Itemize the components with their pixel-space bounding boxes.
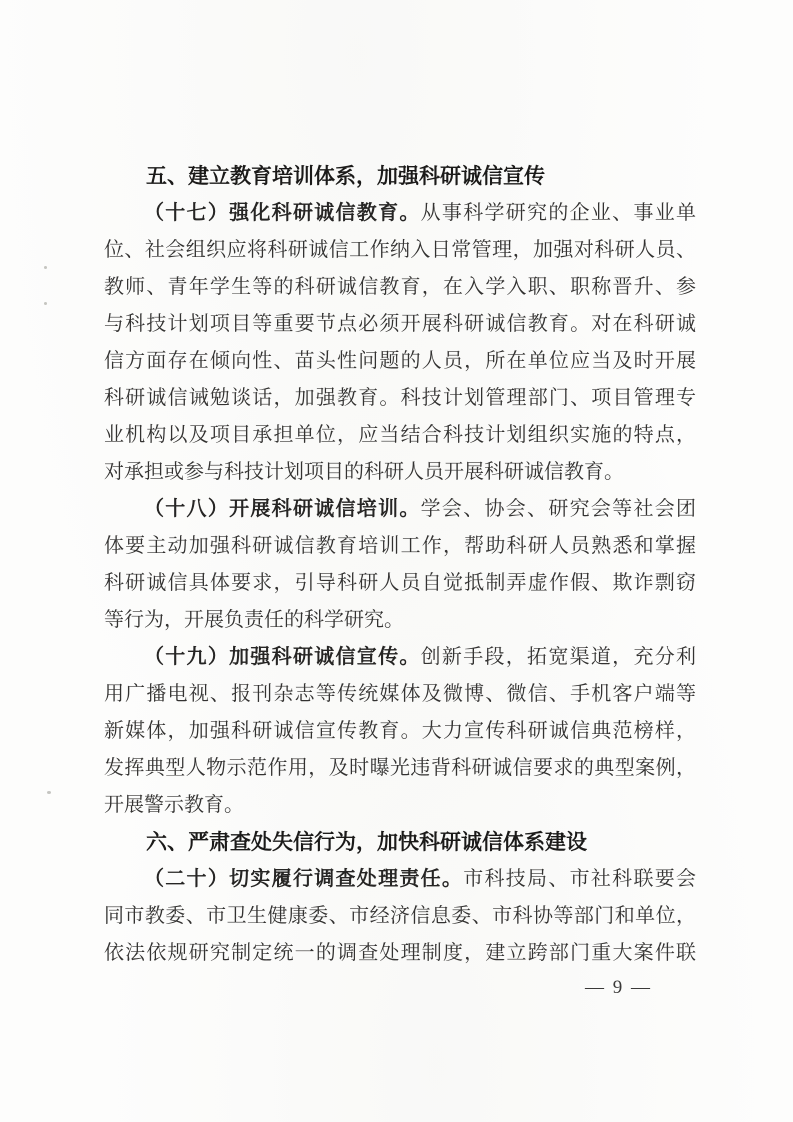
text-line: 对承担或参与科技计划项目的科研人员开展科研诚信教育。 [104,454,696,491]
scan-speck-icon [44,302,47,305]
text-line: 体要主动加强科研诚信教育培训工作，帮助科研人员熟悉和掌握 [104,528,696,565]
paragraph-lead: （二十）切实履行调查处理责任。 [144,868,463,890]
text-line: 新媒体，加强科研诚信宣传教育。大力宣传科研诚信典范榜样， [104,713,696,750]
text-line: 位、社会组织应将科研诚信工作纳入日常管理，加强对科研人员、 [104,232,696,269]
document-page: 五、建立教育培训体系，加强科研诚信宣传（十七）强化科研诚信教育。从事科学研究的企… [0,0,793,1122]
section-heading: 六、严肃查处失信行为，加快科研诚信体系建设 [104,824,696,861]
text-line: （十八）开展科研诚信培训。学会、协会、研究会等社会团 [104,491,696,528]
text-line: 与科技计划项目等重要节点必须开展科研诚信教育。对在科研诚 [104,306,696,343]
text-line: 用广播电视、报刊杂志等传统媒体及微博、微信、手机客户端等 [104,676,696,713]
text-line: （十七）强化科研诚信教育。从事科学研究的企业、事业单 [104,195,696,232]
text-line: 开展警示教育。 [104,787,696,824]
text-line: 信方面存在倾向性、苗头性问题的人员，所在单位应当及时开展 [104,343,696,380]
document-body: 五、建立教育培训体系，加强科研诚信宣传（十七）强化科研诚信教育。从事科学研究的企… [104,158,696,972]
text-line: 发挥典型人物示范作用，及时曝光违背科研诚信要求的典型案例， [104,750,696,787]
text-line: 同市教委、市卫生健康委、市经济信息委、市科协等部门和单位， [104,898,696,935]
paragraph-lead: （十九）加强科研诚信宣传。 [144,646,421,668]
text-line: 等行为，开展负责任的科学研究。 [104,602,696,639]
text-line: 教师、青年学生等的科研诚信教育，在入学入职、职称晋升、参 [104,269,696,306]
paragraph-lead: （十八）开展科研诚信培训。 [144,498,421,520]
paragraph-lead: （十七）强化科研诚信教育。 [144,202,421,224]
page-number: — 9 — [585,977,652,999]
text-line: 科研诚信诫勉谈话，加强教育。科技计划管理部门、项目管理专 [104,380,696,417]
scan-speck-icon [47,791,51,794]
text-line: 依法依规研究制定统一的调查处理制度，建立跨部门重大案件联 [104,935,696,972]
text-line: 科研诚信具体要求，引导科研人员自觉抵制弄虚作假、欺诈剽窃 [104,565,696,602]
text-line: （十九）加强科研诚信宣传。创新手段，拓宽渠道，充分利 [104,639,696,676]
section-heading: 五、建立教育培训体系，加强科研诚信宣传 [104,158,696,195]
scan-speck-icon [44,266,47,269]
text-line: （二十）切实履行调查处理责任。市科技局、市社科联要会 [104,861,696,898]
text-line: 业机构以及项目承担单位，应当结合科技计划组织实施的特点， [104,417,696,454]
